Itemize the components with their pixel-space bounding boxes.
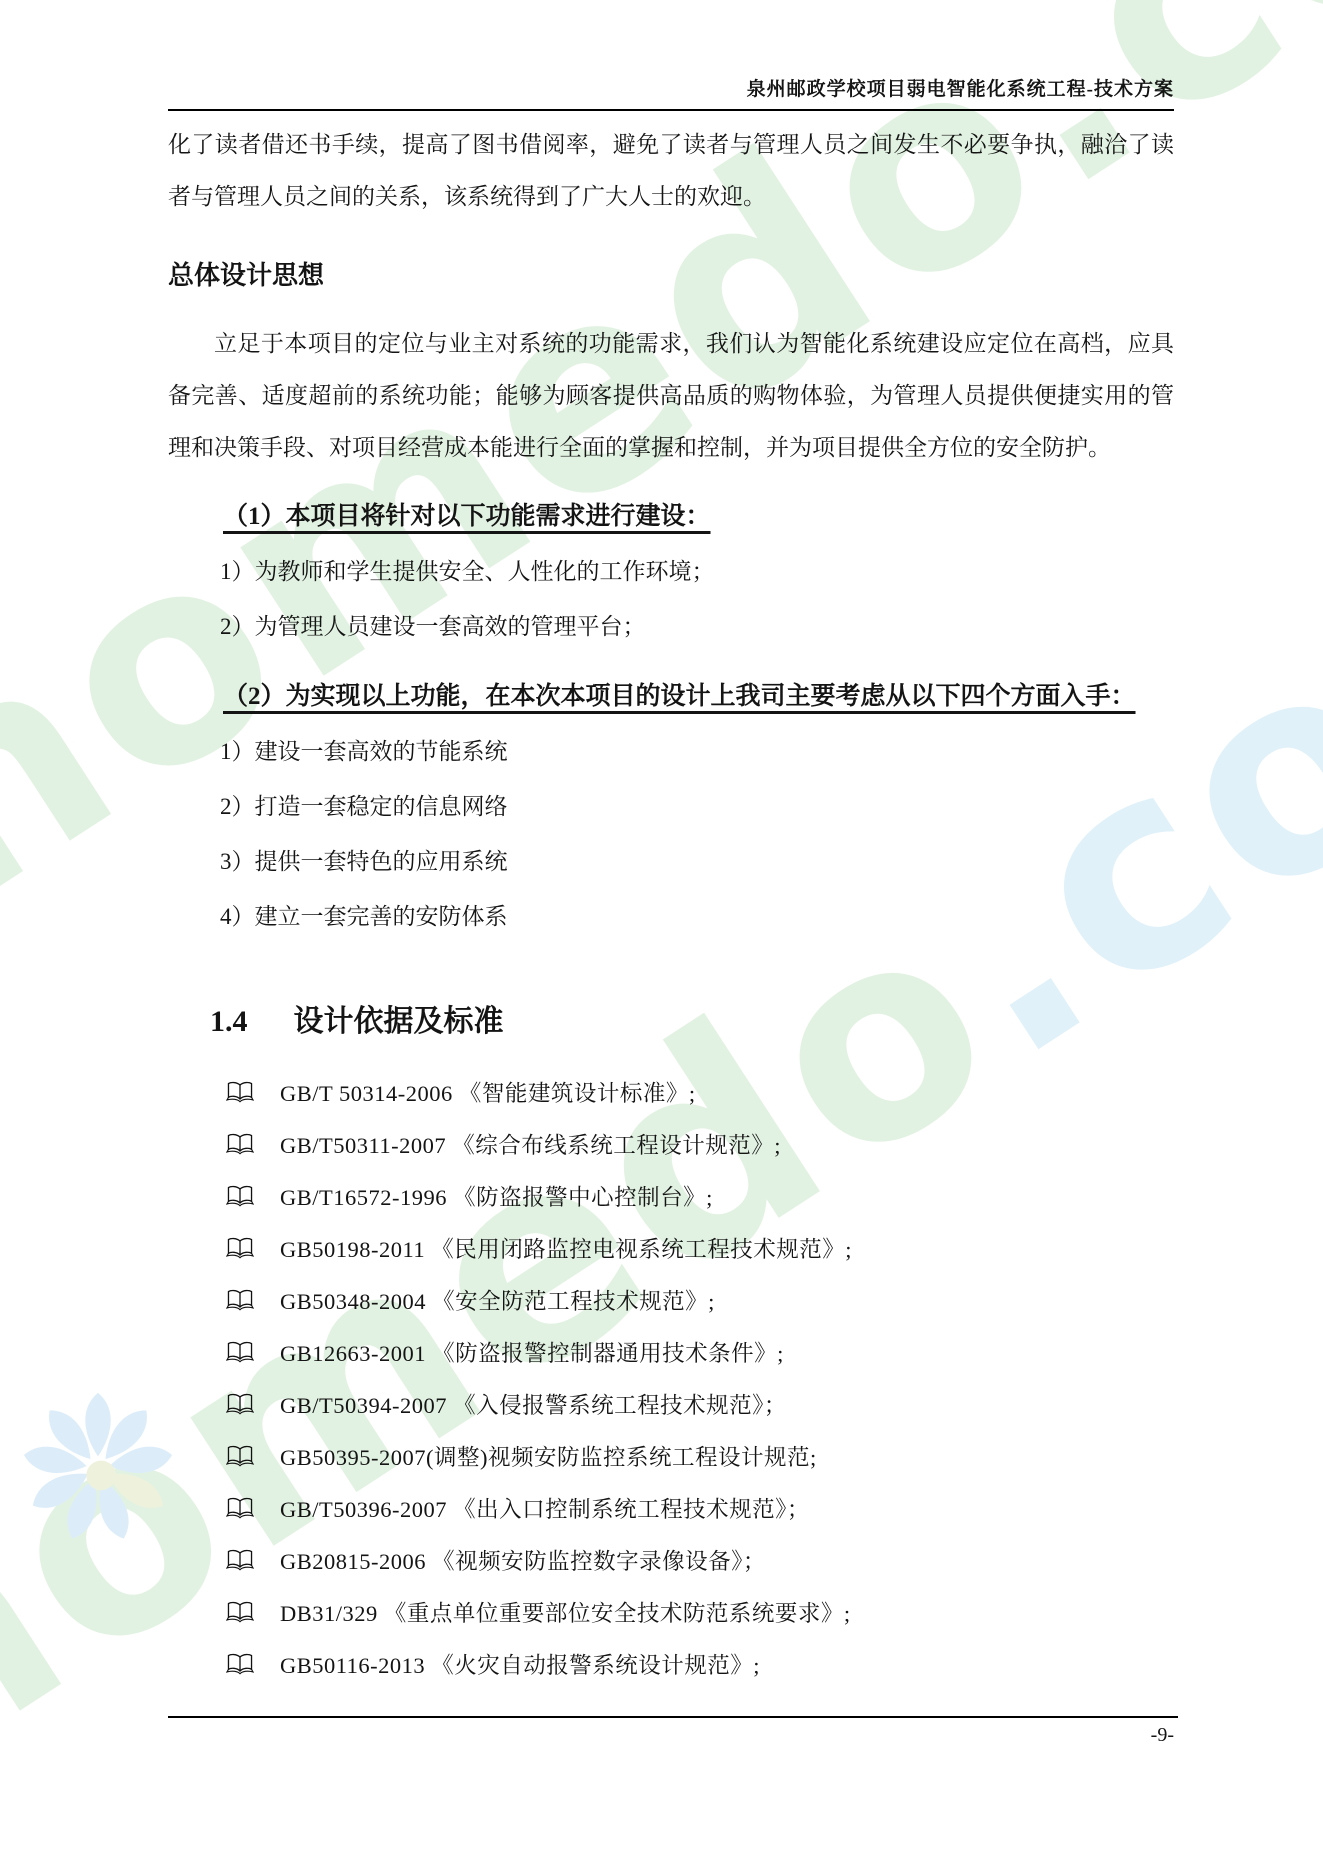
standard-list-item: GB/T16572-1996 《防盗报警中心控制台》; [168,1170,1174,1222]
open-book-icon [226,1236,254,1260]
section-heading-design-thought: 总体设计思想 [168,255,1174,292]
standard-text: GB/T 50314-2006 《智能建筑设计标准》; [280,1076,696,1108]
page-number: -9- [1151,1724,1174,1746]
standards-list: GB/T 50314-2006 《智能建筑设计标准》; GB/T50311-20… [168,1066,1174,1690]
list-item: 1）建设一套高效的节能系统 [168,724,1174,779]
page-footer: -9- [168,1716,1178,1747]
subheading-2-text: （2）为实现以上功能，在本次本项目的设计上我司主要考虑从以下四个方面入手： [223,683,1136,710]
standard-text: GB/T50396-2007 《出入口控制系统工程技术规范》； [280,1492,810,1524]
open-book-icon [226,1340,254,1364]
page-body: 泉州邮政学校项目弱电智能化系统工程-技术方案 化了读者借还书手续，提高了图书借阅… [168,0,1174,1690]
open-book-icon [226,1392,254,1416]
standard-list-item: GB50198-2011 《民用闭路监控电视系统工程技术规范》; [168,1222,1174,1274]
standard-list-item: GB20815-2006 《视频安防监控数字录像设备》； [168,1534,1174,1586]
standard-text: GB/T50394-2007 《入侵报警系统工程技术规范》； [280,1388,787,1420]
subheading-1-text: （1）本项目将针对以下功能需求进行建设： [223,503,711,530]
standard-text: GB50395-2007(调整)视频安防监控系统工程设计规范; [280,1440,817,1472]
section-number: 1.4 [210,1005,248,1039]
standard-text: GB50198-2011 《民用闭路监控电视系统工程技术规范》; [280,1232,852,1264]
open-book-icon [226,1132,254,1156]
standard-text: GB/T16572-1996 《防盗报警中心控制台》; [280,1180,713,1212]
standard-text: GB50348-2004 《安全防范工程技术规范》; [280,1284,715,1316]
open-book-icon [226,1444,254,1468]
homedo-flower-logo [8,1378,188,1563]
standard-list-item: GB/T 50314-2006 《智能建筑设计标准》; [168,1066,1174,1118]
standard-text: GB20815-2006 《视频安防监控数字录像设备》； [280,1544,766,1576]
standard-list-item: GB50348-2004 《安全防范工程技术规范》; [168,1274,1174,1326]
standard-list-item: GB50395-2007(调整)视频安防监控系统工程设计规范; [168,1430,1174,1482]
open-book-icon [226,1184,254,1208]
standard-list-item: GB50116-2013 《火灾自动报警系统设计规范》; [168,1638,1174,1690]
page-header: 泉州邮政学校项目弱电智能化系统工程-技术方案 [168,0,1174,111]
open-book-icon [226,1496,254,1520]
standard-text: GB/T50311-2007 《综合布线系统工程设计规范》; [280,1128,781,1160]
subheading-2: （2）为实现以上功能，在本次本项目的设计上我司主要考虑从以下四个方面入手： [168,670,1174,724]
standard-list-item: GB12663-2001 《防盗报警控制器通用技术条件》; [168,1326,1174,1378]
section-heading-1-4: 1.4 设计依据及标准 [168,996,1174,1040]
design-thought-paragraph: 立足于本项目的定位与业主对系统的功能需求，我们认为智能化系统建设应定位在高档，应… [168,318,1174,474]
standard-list-item: GB/T50311-2007 《综合布线系统工程设计规范》; [168,1118,1174,1170]
flower-icon [8,1378,188,1558]
standard-text: GB12663-2001 《防盗报警控制器通用技术条件》; [280,1336,784,1368]
intro-paragraph: 化了读者借还书手续，提高了图书借阅率，避免了读者与管理人员之间发生不必要争执，融… [168,119,1174,223]
list-item: 2）打造一套稳定的信息网络 [168,779,1174,834]
list-item: 1）为教师和学生提供安全、人性化的工作环境； [168,544,1174,599]
subheading-1: （1）本项目将针对以下功能需求进行建设： [168,490,1174,544]
open-book-icon [226,1652,254,1676]
open-book-icon [226,1288,254,1312]
standard-list-item: GB/T50394-2007 《入侵报警系统工程技术规范》； [168,1378,1174,1430]
open-book-icon [226,1600,254,1624]
list-item: 2）为管理人员建设一套高效的管理平台； [168,599,1174,654]
section-title: 设计依据及标准 [294,996,504,1040]
standard-text: GB50116-2013 《火灾自动报警系统设计规范》; [280,1648,760,1680]
list-item: 3）提供一套特色的应用系统 [168,834,1174,889]
list-item: 4）建立一套完善的安防体系 [168,889,1174,944]
open-book-icon [226,1548,254,1572]
standard-list-item: DB31/329 《重点单位重要部位安全技术防范系统要求》; [168,1586,1174,1638]
standard-list-item: GB/T50396-2007 《出入口控制系统工程技术规范》； [168,1482,1174,1534]
header-title: 泉州邮政学校项目弱电智能化系统工程-技术方案 [747,79,1174,100]
standard-text: DB31/329 《重点单位重要部位安全技术防范系统要求》; [280,1596,851,1628]
open-book-icon [226,1080,254,1104]
